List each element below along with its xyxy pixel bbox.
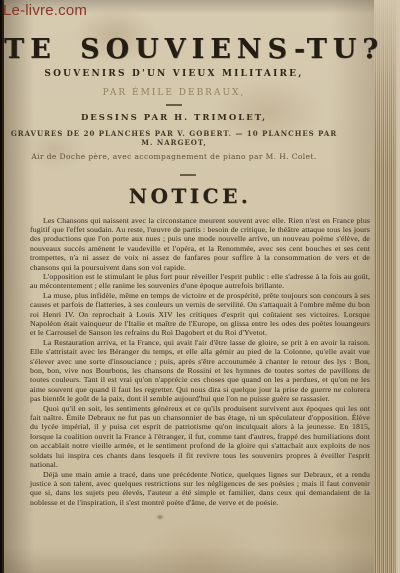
notice-paragraph: La Restauration arriva, et la France, qu… (30, 338, 370, 404)
divider-rule (180, 174, 196, 176)
scanned-book-page: Le-livre.com TE SOUVIENS-TU? SOUVENIRS D… (0, 0, 400, 573)
notice-body: Les Chansons qui naissent avec la circon… (30, 216, 370, 508)
notice-paragraph: Quoi qu'il en soit, les sentiments génér… (30, 404, 370, 470)
credit-music: Air de Doche père, avec accompagnement d… (4, 152, 344, 161)
title-block: TE SOUVIENS-TU? SOUVENIRS D'UN VIEUX MIL… (4, 36, 344, 161)
notice-paragraph: Déjà une main amie a tracé, dans une pré… (30, 470, 370, 508)
book-subtitle: SOUVENIRS D'UN VIEUX MILITAIRE, (4, 69, 344, 79)
notice-paragraph: Les Chansons qui naissent avec la circon… (30, 216, 370, 272)
notice-paragraph: L'opposition est le stimulant le plus fo… (30, 272, 370, 291)
notice-heading: NOTICE. (20, 184, 360, 208)
divider-rule (166, 104, 182, 106)
title-page-content: TE SOUVIENS-TU? SOUVENIRS D'UN VIEUX MIL… (30, 36, 370, 507)
credit-illustrator: DESSINS PAR H. TRIMOLET, (4, 113, 344, 123)
book-title: TE SOUVIENS-TU? (4, 36, 344, 64)
notice-paragraph: La muse, plus infidèle, même en temps de… (30, 291, 370, 338)
author-line: PAR ÉMILE DEBRAUX, (4, 88, 344, 98)
credit-engravers: GRAVURES DE 20 PLANCHES PAR V. GOBERT. —… (4, 129, 344, 147)
watermark-le-livre: Le-livre.com (3, 2, 87, 19)
page-fore-edge (374, 0, 400, 573)
